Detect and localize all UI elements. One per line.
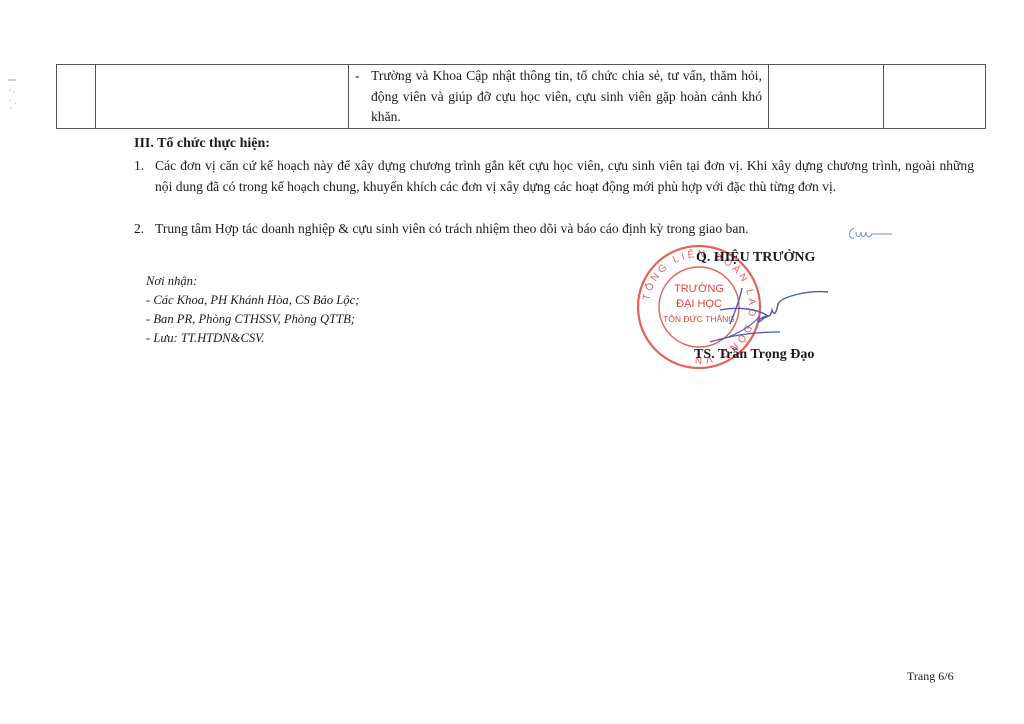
table-cell-unit [769,65,884,129]
plan-table: - Trường và Khoa Cập nhật thông tin, tổ … [56,64,986,129]
section-heading: III. Tổ chức thực hiện: [134,136,270,152]
bullet-dash: - [355,66,371,128]
signer-title: Q. HIỆU TRƯỞNG [696,250,815,266]
signer-name: TS. Trần Trọng Đạo [694,347,814,363]
page-number: Trang 6/6 [907,669,954,684]
list-item-number: 1. [134,156,144,177]
table-cell-index [57,65,96,129]
table-content-text: Trường và Khoa Cập nhật thông tin, tổ ch… [371,66,762,128]
table-cell-content: - Trường và Khoa Cập nhật thông tin, tổ … [349,65,769,129]
scan-margin-marks [4,78,24,118]
table-cell-category [96,65,349,129]
handwritten-signature-icon [690,280,840,350]
recipients-label: Nơi nhận: [146,272,359,291]
list-item-number: 2. [134,219,144,240]
recipient-line: - Các Khoa, PH Khánh Hòa, CS Bảo Lộc; [146,291,359,310]
list-item-text: Các đơn vị căn cứ kế hoạch này để xây dự… [155,156,974,197]
recipients-block: Nơi nhận: - Các Khoa, PH Khánh Hòa, CS B… [146,272,359,348]
initials-signature-icon [846,222,896,246]
recipient-line: - Ban PR, Phòng CTHSSV, Phòng QTTB; [146,310,359,329]
recipient-line: - Lưu: TT.HTDN&CSV. [146,329,359,348]
list-item: 1. Các đơn vị căn cứ kế hoạch này để xây… [134,156,974,197]
table-cell-time [884,65,986,129]
table-row: - Trường và Khoa Cập nhật thông tin, tổ … [57,65,986,129]
